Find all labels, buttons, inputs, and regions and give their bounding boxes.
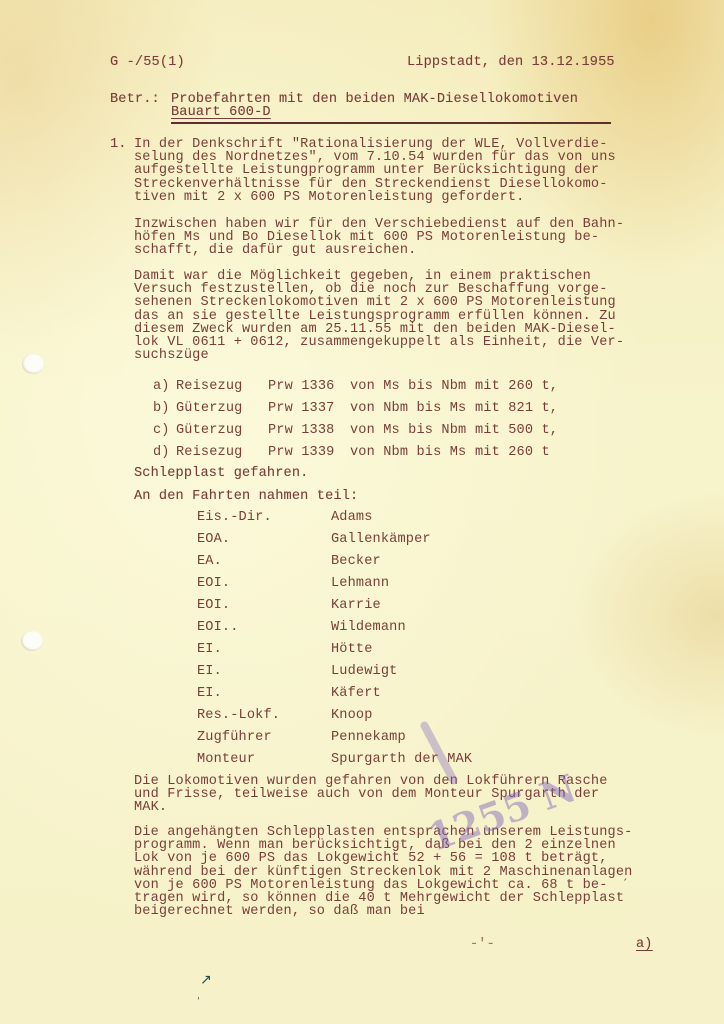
train-type: Reisezug	[176, 445, 242, 460]
participant-title: EI.	[197, 642, 222, 657]
train-number: Prw 1339	[268, 445, 334, 460]
participant-name: Knoop	[331, 708, 373, 723]
train-route: von Nbm bis Ms	[350, 401, 466, 416]
participant-name: Pennekamp	[331, 730, 406, 745]
participants-intro: An den Fahrten nahmen teil:	[134, 490, 358, 504]
train-load: mit 500 t,	[475, 423, 558, 438]
participant-title: EOI.	[197, 598, 230, 613]
participant-name: Lehmann	[331, 576, 389, 591]
participant-name: Adams	[331, 510, 373, 525]
train-load: mit 821 t,	[475, 401, 558, 416]
participant-title: EI.	[197, 686, 222, 701]
participant-name: Spurgarth der MAK	[331, 752, 472, 767]
train-type: Güterzug	[176, 423, 242, 438]
paragraph-denkschrift: In der Denkschrift "Rationalisierung der…	[134, 138, 616, 204]
train-load: mit 260 t,	[475, 379, 558, 394]
ink-tick: ˏ	[622, 868, 628, 881]
reference-number: G -/55(1)	[110, 56, 185, 70]
continuation-marker: a)	[636, 938, 653, 952]
participant-title: Res.-Lokf.	[197, 708, 280, 723]
participant-title: EOA.	[197, 532, 230, 547]
participant-name: Wildemann	[331, 620, 406, 635]
ink-mark: ↗	[200, 972, 212, 988]
train-route: von Ms bis Nbm	[350, 423, 466, 438]
train-number: Prw 1336	[268, 379, 334, 394]
section-number: 1.	[110, 138, 127, 152]
participant-name: Ludewigt	[331, 664, 397, 679]
participant-title: EI.	[197, 664, 222, 679]
participant-title: EOI..	[197, 620, 239, 635]
dash-mark: -'-	[470, 938, 495, 952]
participant-title: EOI.	[197, 576, 230, 591]
train-number: Prw 1337	[268, 401, 334, 416]
train-route: von Nbm bis Ms	[350, 445, 466, 460]
train-number: Prw 1338	[268, 423, 334, 438]
train-letter: b)	[153, 401, 170, 416]
punch-hole-bottom	[21, 631, 43, 651]
train-type: Reisezug	[176, 379, 242, 394]
ink-mark-small: ˌ	[197, 990, 200, 1001]
train-type: Güterzug	[176, 401, 242, 416]
participant-name: Gallenkämper	[331, 532, 431, 547]
subject-label: Betr.:	[110, 93, 160, 107]
train-letter: c)	[153, 423, 170, 438]
train-letter: d)	[153, 445, 170, 460]
participant-title: Monteur	[197, 752, 255, 767]
schlepplast-line: Schlepplast gefahren.	[134, 467, 308, 481]
train-letter: a)	[153, 379, 170, 394]
participant-title: Zugführer	[197, 730, 272, 745]
paragraph-versuch: Damit war die Möglichkeit gegeben, in ei…	[134, 270, 624, 362]
place-date: Lippstadt, den 13.12.1955	[407, 56, 615, 70]
punch-hole-top	[22, 354, 44, 374]
participant-title: EA.	[197, 554, 222, 569]
participant-name: Becker	[331, 554, 381, 569]
subject-underline	[171, 122, 611, 124]
participant-name: Karrie	[331, 598, 381, 613]
subject-line-2: Bauart 600-D	[171, 106, 271, 120]
participant-name: Käfert	[331, 686, 381, 701]
train-route: von Ms bis Nbm	[350, 379, 466, 394]
participant-title: Eis.-Dir.	[197, 510, 272, 525]
train-load: mit 260 t	[475, 445, 550, 460]
participant-name: Hötte	[331, 642, 373, 657]
paragraph-schlepplasten: Die angehängten Schlepplasten entsprache…	[134, 826, 632, 918]
paragraph-verschiebedienst: Inzwischen haben wir für den Verschiebed…	[134, 218, 624, 258]
